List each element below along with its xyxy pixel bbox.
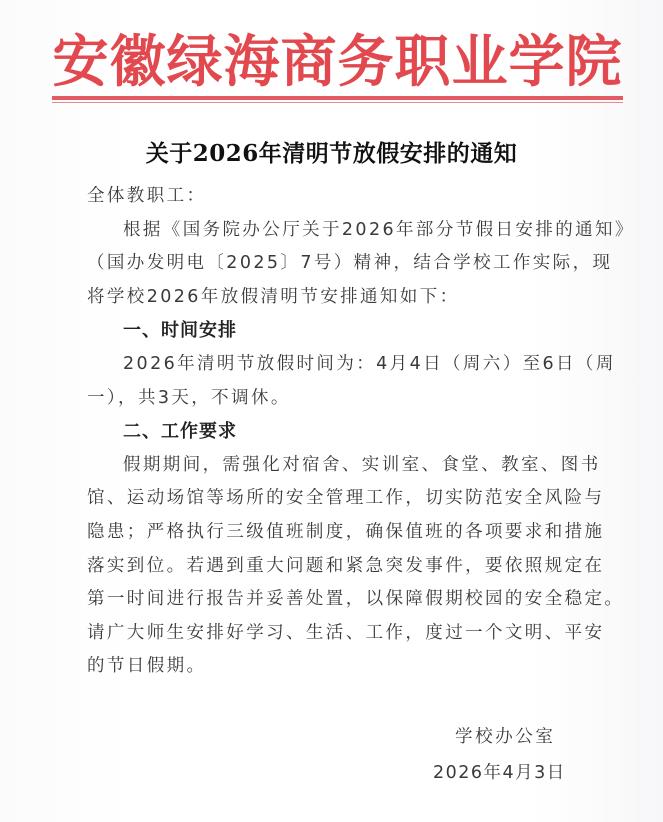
notice-body: 全体教职工： 根据《国务院办公厅关于2026年部分节假日安排的通知》 （国办发明…	[87, 180, 602, 684]
section-line: 隐患；严格执行三级值班制度，确保值班的各项要求和措施	[87, 516, 602, 550]
signature-office: 学校办公室	[455, 723, 556, 748]
signature-date: 2026年4月3日	[433, 759, 566, 784]
letterhead-red-rule-thick	[52, 96, 623, 100]
notice-title: 关于2026年清明节放假安排的通知	[0, 135, 663, 168]
section-line: 2026年清明节放假时间为：4月4日（周六）至6日（周	[87, 348, 602, 382]
salutation: 全体教职工：	[87, 180, 602, 214]
intro-line: 将学校2026年放假清明节安排通知如下：	[87, 281, 602, 315]
section-line: 假期期间，需强化对宿舍、实训室、食堂、教室、图书	[87, 449, 602, 483]
letterhead-red-rule-thin	[52, 102, 623, 103]
letterhead-institution-name: 安徽绿海商务职业学院	[52, 24, 623, 92]
section-line: 落实到位。若遇到重大问题和紧急突发事件，要依照规定在	[87, 550, 602, 584]
section-heading-schedule: 一、时间安排	[87, 314, 602, 348]
intro-line: （国办发明电〔2025〕7号）精神，结合学校工作实际，现	[87, 247, 602, 281]
section-line: 的节日假期。	[87, 650, 602, 684]
section-line: 馆、运动场馆等场所的安全管理工作，切实防范安全风险与	[87, 482, 602, 516]
section-line: 请广大师生安排好学习、生活、工作，度过一个文明、平安	[87, 617, 602, 651]
section-line: 一），共3天，不调休。	[87, 382, 602, 416]
section-line: 第一时间进行报告并妥善处置，以保障假期校园的安全稳定。	[87, 583, 602, 617]
document-page: 安徽绿海商务职业学院 关于2026年清明节放假安排的通知 全体教职工： 根据《国…	[0, 0, 663, 822]
intro-line: 根据《国务院办公厅关于2026年部分节假日安排的通知》	[87, 214, 602, 248]
section-heading-requirements: 二、工作要求	[87, 415, 602, 449]
